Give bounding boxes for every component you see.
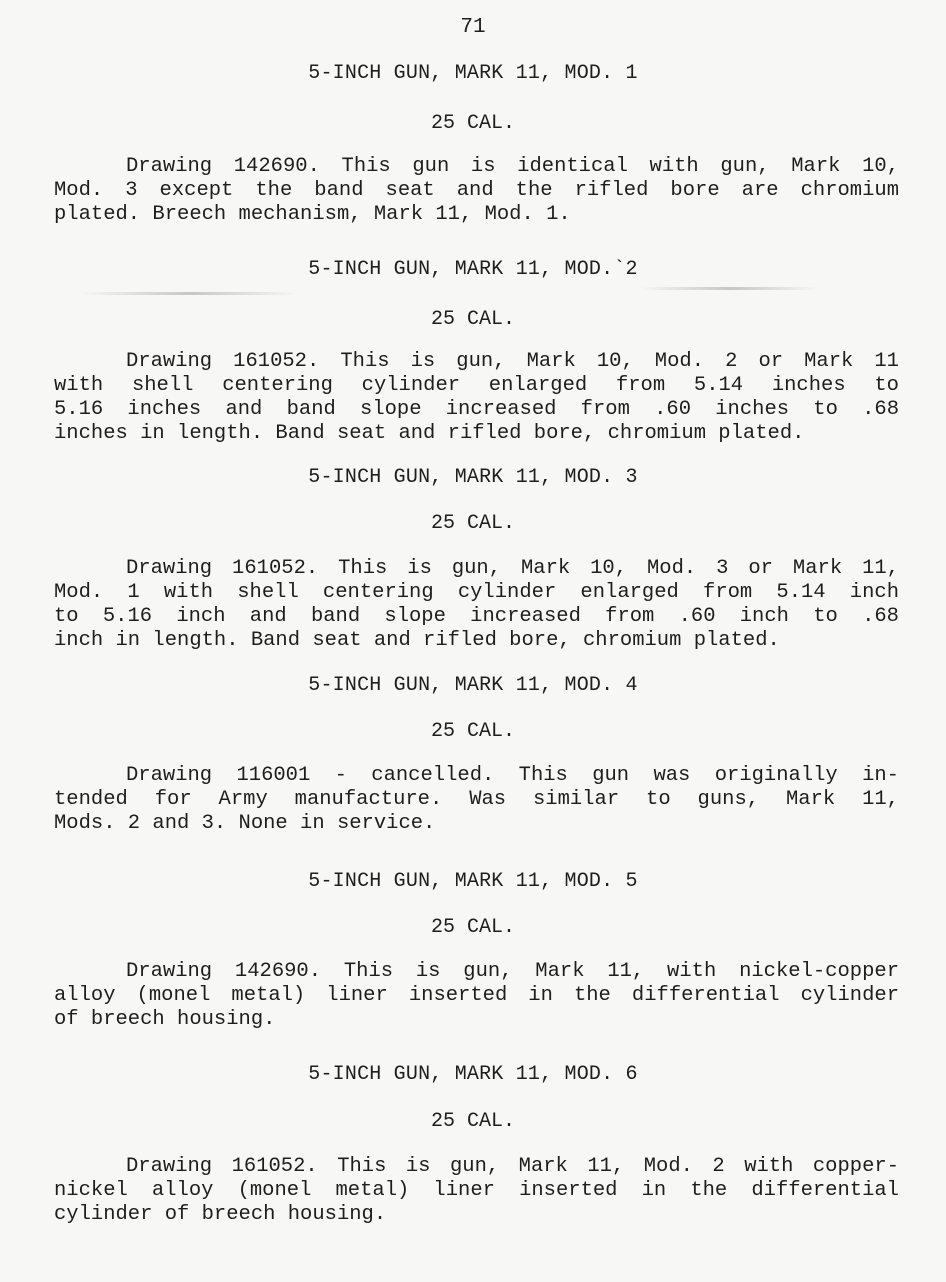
page-number: 71 <box>0 16 946 39</box>
paragraph-line: Drawing 161052. This is gun, Mark 11, Mo… <box>54 1155 899 1179</box>
paragraph-line: Mod. 3 except the band seat and the rifl… <box>54 179 899 203</box>
paragraph-line: Drawing 142690. This is gun, Mark 11, wi… <box>54 960 899 984</box>
section-caliber-mod5: 25 CAL. <box>0 916 946 939</box>
section-caliber-mod6: 25 CAL. <box>0 1110 946 1133</box>
paragraph-line: cylinder of breech housing. <box>54 1203 899 1227</box>
section-heading-mod3: 5-INCH GUN, MARK 11, MOD. 3 <box>0 466 946 489</box>
section-paragraph-mod2: Drawing 161052. This is gun, Mark 10, Mo… <box>54 350 899 446</box>
paragraph-line: plated. Breech mechanism, Mark 11, Mod. … <box>54 203 899 227</box>
paragraph-line: alloy (monel metal) liner inserted in th… <box>54 984 899 1008</box>
paragraph-line: inches in length. Band seat and rifled b… <box>54 422 899 446</box>
section-heading-mod5: 5-INCH GUN, MARK 11, MOD. 5 <box>0 870 946 893</box>
paragraph-line: Mod. 1 with shell centering cylinder enl… <box>54 581 899 605</box>
paragraph-line: Drawing 116001 - cancelled. This gun was… <box>54 764 899 788</box>
section-paragraph-mod1: Drawing 142690. This gun is identical wi… <box>54 155 899 227</box>
section-paragraph-mod3: Drawing 161052. This is gun, Mark 10, Mo… <box>54 557 899 653</box>
section-heading-mod4: 5-INCH GUN, MARK 11, MOD. 4 <box>0 674 946 697</box>
section-caliber-mod3: 25 CAL. <box>0 512 946 535</box>
section-paragraph-mod6: Drawing 161052. This is gun, Mark 11, Mo… <box>54 1155 899 1227</box>
section-caliber-mod4: 25 CAL. <box>0 720 946 743</box>
paragraph-line: Mods. 2 and 3. None in service. <box>54 812 899 836</box>
section-heading-mod6: 5-INCH GUN, MARK 11, MOD. 6 <box>0 1063 946 1086</box>
paragraph-line: Drawing 161052. This is gun, Mark 10, Mo… <box>54 557 899 581</box>
paragraph-line: Drawing 161052. This is gun, Mark 10, Mo… <box>54 350 899 374</box>
paragraph-line: with shell centering cylinder enlarged f… <box>54 374 899 398</box>
scan-smudge <box>80 292 300 295</box>
section-caliber-mod2: 25 CAL. <box>0 308 946 331</box>
paragraph-line: inch in length. Band seat and rifled bor… <box>54 629 899 653</box>
paragraph-line: to 5.16 inch and band slope increased fr… <box>54 605 899 629</box>
paragraph-line: of breech housing. <box>54 1008 899 1032</box>
section-heading-mod2: 5-INCH GUN, MARK 11, MOD.`2 <box>0 258 946 281</box>
paragraph-line: tended for Army manufacture. Was similar… <box>54 788 899 812</box>
section-heading-mod1: 5-INCH GUN, MARK 11, MOD. 1 <box>0 62 946 85</box>
section-paragraph-mod4: Drawing 116001 - cancelled. This gun was… <box>54 764 899 836</box>
paragraph-line: nickel alloy (monel metal) liner inserte… <box>54 1179 899 1203</box>
paragraph-line: 5.16 inches and band slope increased fro… <box>54 398 899 422</box>
scan-smudge <box>640 287 820 290</box>
section-paragraph-mod5: Drawing 142690. This is gun, Mark 11, wi… <box>54 960 899 1032</box>
section-caliber-mod1: 25 CAL. <box>0 112 946 135</box>
paragraph-line: Drawing 142690. This gun is identical wi… <box>54 155 899 179</box>
